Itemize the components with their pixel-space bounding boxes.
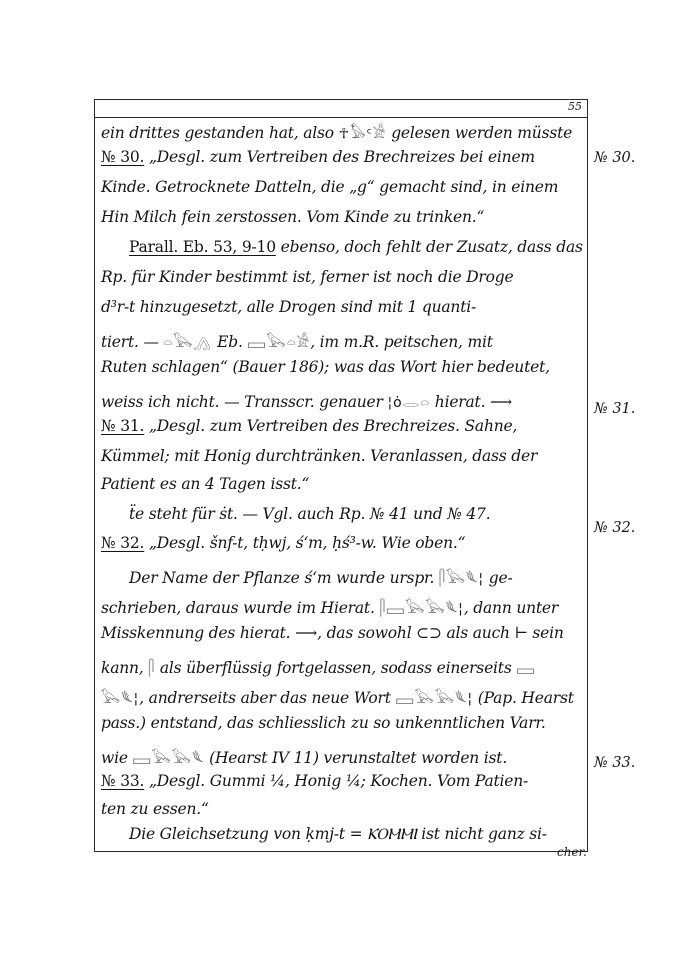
text-line-18: Misskennung des hierat. ⟶, das sowohl ⊂⊃… (101, 624, 583, 654)
text-line-10: weiss ich nicht. — Transscr. genauer ¦ȯ𓂋… (101, 388, 583, 418)
hieroglyph-group: ☥𓅃ᶜ𓀀 (339, 126, 387, 142)
text-line-22: wie 𓈙𓅂𓅂𓆰 (Hearst IV 11) verunstaltet wor… (101, 744, 583, 774)
margin-note-32: № 32. (594, 520, 635, 536)
recipe-label-33: № 33. (101, 772, 144, 790)
text-line-5: Parall. Eb. 53, 9-10 ebenso, doch fehlt … (101, 238, 583, 268)
text-line-21: pass.) entstand, das schliesslich zu so … (101, 714, 583, 744)
text-line-17: schrieben, daraus wurde im Hierat. 𓋴𓈙𓅂𓅂𓆰… (101, 594, 583, 624)
margin-note-31: № 31. (594, 401, 635, 417)
manuscript-text-body: ein drittes gestanden hat, also ☥𓅃ᶜ𓀀 gel… (95, 117, 587, 851)
recipe-label-30: № 30. (101, 148, 144, 166)
text-line-15: № 32. „Desgl. šnf-t, tḥwj, ś‘m, ḥś³-w. W… (101, 534, 583, 564)
recipe-label-32: № 32. (101, 534, 144, 552)
hieroglyph-group: 𓋴𓈙𓅂𓅂𓆰¦ (379, 601, 463, 617)
manuscript-page-frame: 55 ein drittes gestanden hat, also ☥𓅃ᶜ𓀀 … (94, 99, 588, 852)
hieroglyph-group: 𓏏𓅂𓂻 (163, 335, 217, 351)
text-line-13: Patient es an 4 Tagen isst.“ (101, 475, 583, 505)
text-line-9: Ruten schlagen“ (Bauer 186); was das Wor… (101, 358, 583, 388)
hieroglyph-group: 𓅂𓆰¦ (101, 691, 139, 707)
hieroglyph-group: 𓈙𓅂𓅂𓆰¦ (396, 691, 474, 707)
parallel-reference: Parall. Eb. 53, 9-10 (129, 238, 276, 256)
hieroglyph-group: 𓈙𓅂𓏏𓀀 (247, 335, 310, 351)
hieroglyph-group: 𓈙𓅂𓅂𓆰 (133, 751, 205, 767)
text-line-6: Rp. für Kinder bestimmt ist, ferner ist … (101, 268, 583, 298)
text-line-20: 𓅂𓆰¦, andrerseits aber das neue Wort 𓈙𓅂𓅂𓆰… (101, 684, 583, 714)
text-line-4: Hin Milch fein zerstossen. Vom Kinde zu … (101, 208, 583, 238)
text-line-25: Die Gleichsetzung von ḳmj-t = ⲔⲞⲘⲘⲒ ist … (101, 825, 583, 855)
text-line-23: № 33. „Desgl. Gummi ¼, Honig ¼; Kochen. … (101, 772, 583, 802)
text-line-19: kann, 𓋴 als überflüssig fortgelassen, so… (101, 654, 583, 684)
page-number: 55 (568, 100, 582, 113)
page-header-band: 55 (95, 100, 587, 118)
text-line-7: d³r-t hinzugesetzt, alle Drogen sind mit… (101, 298, 583, 328)
hieroglyph-group: ¦ȯ𓂋𓏏 (387, 395, 430, 411)
text-line-12: Kümmel; mit Honig durchtränken. Veranlas… (101, 447, 583, 477)
hieroglyph-group: 𓋴𓅂𓆰¦ (439, 571, 484, 587)
hieroglyph-group: 𓈙 (516, 661, 535, 677)
text-line-3: Kinde. Getrocknete Datteln, die „g“ gema… (101, 178, 583, 208)
text-line-1: ein drittes gestanden hat, also ☥𓅃ᶜ𓀀 gel… (101, 119, 583, 149)
text-line-14: ẗe steht für ṡt. — Vgl. auch Rp. № 41 un… (101, 505, 583, 535)
text-line-2: № 30. „Desgl. zum Vertreiben des Brechre… (101, 148, 583, 178)
recipe-label-31: № 31. (101, 417, 144, 435)
text-line-11: № 31. „Desgl. zum Vertreiben des Brechre… (101, 417, 583, 447)
margin-note-30: № 30. (594, 150, 635, 166)
hyphenated-word-tail: cher. (557, 845, 587, 859)
margin-note-33: № 33. (594, 755, 635, 771)
text-line-16: Der Name der Pflanze ś‘m wurde urspr. 𓋴𓅂… (101, 564, 583, 594)
text-line-8: tiert. — 𓏏𓅂𓂻 Eb. 𓈙𓅂𓏏𓀀, im m.R. peitschen… (101, 328, 583, 358)
